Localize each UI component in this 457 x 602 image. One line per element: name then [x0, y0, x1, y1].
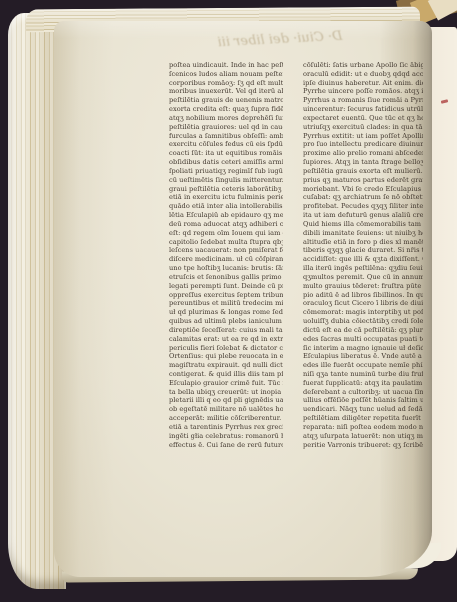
text-line: peſtilētiam diligēter repetita fuerīt at…	[303, 414, 423, 423]
text-line: niſi qʒa tante numinū turbe diu fruſtra	[303, 370, 423, 379]
text-line: Ortenſius: qui plebe reuocata in eodem	[169, 352, 283, 361]
text-line: cū ueſtimētis ſingulis mitterentur. Vel …	[169, 176, 283, 185]
text-line: dibili imanitate ſeuiens: ut niuibʒ horr…	[303, 229, 423, 238]
text-line: legati perempti ſunt. Deinde cū pretore	[169, 282, 283, 291]
text-line: fuerat ſupplicatū: atqʒ ita paulatim loc…	[303, 379, 423, 388]
scan-photo: { "document": { "kind": "incunabulum-pag…	[0, 0, 457, 602]
text-line: coacti ſūt: ita ut equitibus romāis ſexc…	[169, 149, 283, 158]
text-line: multo grauius tēderet: fruſtra pūte Eſcu…	[303, 282, 423, 291]
text-line: qʒmultos peremit. Que cū in annum aliū	[303, 273, 423, 282]
text-line: peritie Varronis tribueret: qʒ ſcribēs d…	[303, 441, 423, 450]
text-line: ſupiores. Atqʒ in tanta ſtrage belloʒ et…	[303, 158, 423, 167]
text-column-left: poſtea uindicauit. Inde in hac peſtilēti…	[169, 61, 283, 449]
text-line: deū roma aduocat atqʒ adhiberi cōpulſa	[169, 220, 283, 229]
text-line: poſtea uindicauit. Inde in hac peſtilēti…	[169, 61, 283, 70]
text-line: diſcere medicinam. uł cū cōſpirantibus	[169, 255, 283, 264]
text-line: lētia Eſculapiū ab epidauro qʒ medicum	[169, 211, 283, 220]
text-line: uincerentur: ſecurus fatidicus utrūlibet	[303, 105, 423, 114]
text-line: atqʒ nobilium mores deprehēſi ſunt omni	[169, 114, 283, 123]
text-line: exorta credita eſt: quaʒ ſupra fidē mult…	[169, 105, 283, 114]
text-line: contigerat. & quid illis diis tam pſente	[169, 370, 283, 379]
text-line: ſcenicos ludos aliam nouam peſtem non	[169, 70, 283, 79]
text-line: prius qʒ maturos partus ederēt grauide	[303, 176, 423, 185]
text-line: edes ſacras multi occupatas puati tenerē…	[303, 335, 423, 344]
text-line: atqʒ uſurpata latuerēt: non utiqʒ magnē	[303, 432, 423, 441]
text-line: etiā a tarentinis Pyrrhus rex grecie tun…	[169, 423, 283, 432]
text-line: eſt: qd regem oīm Iouem qui iam diu in	[169, 229, 283, 238]
text-line: illa iterū ingēs peſtilēna: qʒdiu ſeuiit…	[303, 264, 423, 273]
text-line: quibus ad ultimū plebs ianiculum hoſtili	[169, 317, 283, 326]
text-line: calamitas erat: ut ea re qd in extremis	[169, 335, 283, 344]
text-line: Quid hiems illa cōmemorabilis tam incre-	[303, 220, 423, 229]
text-line: ſpoliati priuatiqʒ regimīſ ſub iugū hoſt…	[169, 167, 283, 176]
text-line: uł qd plurimas & longas rome ſeditiōes	[169, 308, 283, 317]
text-column-right: cōſulēti: ſatis urbane Apollo ſic ābiguū…	[303, 61, 423, 449]
text-line: effectus ē. Cui ſane de rerū futuro euēt…	[169, 441, 283, 450]
text-line: Eſculapius liberatus ē. Vnde autē a mult…	[303, 352, 423, 361]
text-line: cōſulēti: ſatis urbane Apollo ſic ābiguū	[303, 61, 423, 70]
text-line: accidiſſet: que illi & qʒta dixiſſent. Q…	[303, 255, 423, 264]
text-line: profitebat. Pecudes qʒqʒ ſiliter interib…	[303, 202, 423, 211]
text-line: direptiōe ſeceſſerat: cuius mali tam dir…	[169, 326, 283, 335]
text-line: Pyrrhus a romanis ſiue romāi a Pyrrho	[303, 96, 423, 105]
text-line: quādo etiā inter alia intollerabilis peſ…	[169, 202, 283, 211]
text-line: dictū eſt ea de cā peſtilētiā: qʒ plurim…	[303, 326, 423, 335]
text-line: magiſtratu expirauit. qd nulli dictatori…	[169, 361, 283, 370]
text-line: peſtilētia grauis exorta eſt mulierū. Nā	[303, 167, 423, 176]
text-line: ob egeſtatē militare nō ualētes hoc noīa	[169, 405, 283, 414]
text-line: utriuſqʒ exercituū clades: in qua tā ſup…	[303, 123, 423, 132]
text-line: etruſcis et ſenonibus gallis primo ab ei…	[169, 273, 283, 282]
text-line: cōmemorat: magis interptibʒ ut poſſīt ſe…	[303, 308, 423, 317]
text-line: oraculū edidit: ut e duobʒ qdqd accidiſſ…	[303, 70, 423, 79]
text-line: edes ille fuerāt occupate nemīe phibēte:	[303, 361, 423, 370]
text-line: ita ut iam defuturū genus aīaliū credere…	[303, 211, 423, 220]
text-line: reparata: niſi poſtea eodem modo neglect…	[303, 423, 423, 432]
text-line: peſtilētia grauis de uenenis matronarū	[169, 96, 283, 105]
text-line: expectaret euentū. Que tūc et qʒ horrēda	[303, 114, 423, 123]
text-line: uoluiſſʒ dubia cōiectātibʒ credi ſolet. …	[303, 317, 423, 326]
text-line: ingēti głia celebratus: romanorū hoſtis	[169, 432, 283, 441]
text-line: acceperāt: militie cōſcriberentur. Accit…	[169, 414, 283, 423]
text-line: uno tpe hoſtibʒ lucanis: brutis: ſānitib…	[169, 264, 283, 273]
text-line: obſidibus datis ceteri amiſſis armis ali…	[169, 158, 283, 167]
text-line: peſtilētia grauiores: uel qd in caudinas	[169, 123, 283, 132]
text-line: uendicari. Nāqʒ tunc uelud ad ſedādam	[303, 405, 423, 414]
text-line: Eſculapio grauior crimē fuit. Tūc iā mul…	[169, 379, 283, 388]
text-line: proxime alio prelio romani abſcederent	[303, 149, 423, 158]
